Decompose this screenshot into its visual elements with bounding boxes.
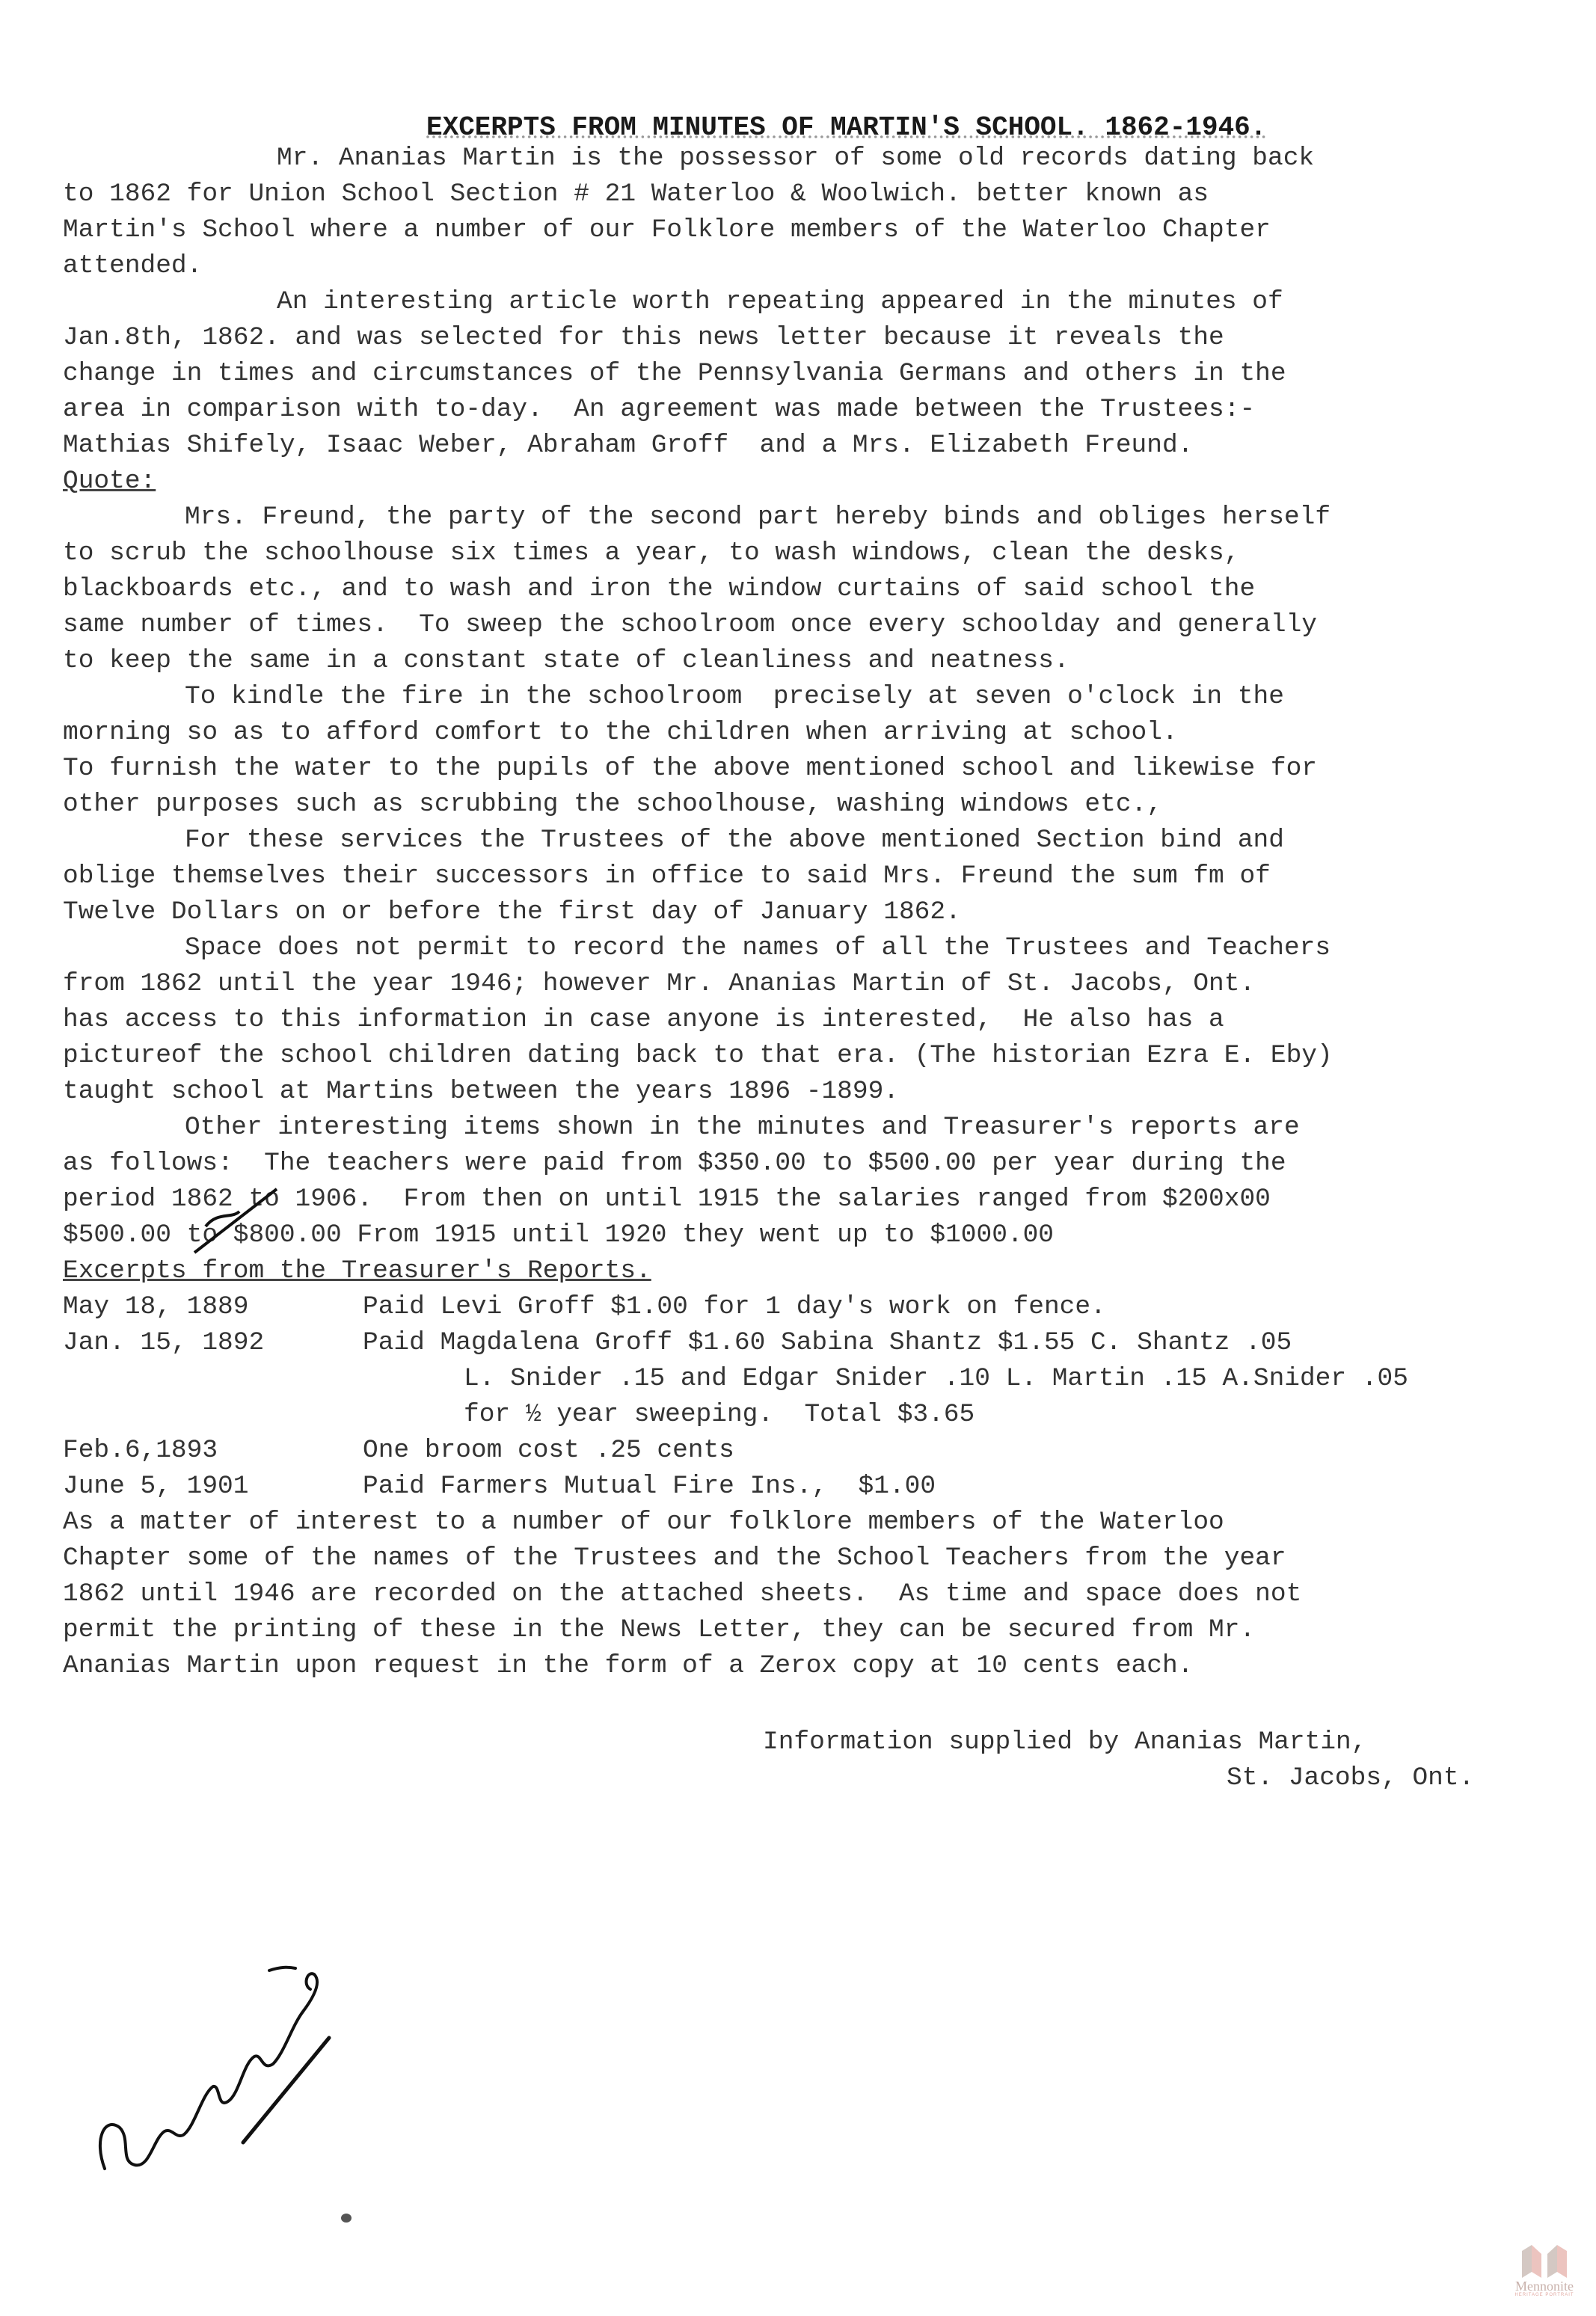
intro-line: attended.	[63, 248, 202, 284]
ledger-entry: L. Snider .15 and Edgar Snider .10 L. Ma…	[464, 1361, 1408, 1397]
ledger-date: Jan. 15, 1892	[63, 1325, 264, 1361]
ledger-date: May 18, 1889	[63, 1289, 248, 1325]
attribution-line: Information supplied by Ananias Martin,	[763, 1724, 1366, 1760]
quote-line: same number of times. To sweep the schoo…	[63, 607, 1317, 643]
article-line: area in comparison with to-day. An agree…	[63, 392, 1255, 428]
intro-line: to 1862 for Union School Section # 21 Wa…	[63, 176, 1209, 212]
quote-line: Mrs. Freund, the party of the second par…	[185, 500, 1330, 535]
quote-line: blackboards etc., and to wash and iron t…	[63, 571, 1255, 607]
document-page: EXCERPTS FROM MINUTES OF MARTIN'S SCHOOL…	[0, 0, 1596, 2316]
watermark-name: Mennonite	[1503, 2279, 1586, 2293]
ledger-entry: Paid Farmers Mutual Fire Ins., $1.00	[363, 1469, 936, 1505]
quote-line: To furnish the water to the pupils of th…	[63, 751, 1317, 787]
closing-line: As a matter of interest to a number of o…	[63, 1505, 1224, 1541]
quote-line: to scrub the schoolhouse six times a yea…	[63, 535, 1239, 571]
ink-smudge	[341, 2214, 352, 2223]
salary-line: as follows: The teachers were paid from …	[63, 1146, 1286, 1182]
handwritten-correction-mark	[187, 1182, 299, 1264]
quote-label: Quote:	[63, 464, 156, 500]
space-line: taught school at Martins between the yea…	[63, 1074, 899, 1110]
quote-line: morning so as to afford comfort to the c…	[63, 715, 1178, 751]
space-line: Space does not permit to record the name…	[185, 930, 1330, 966]
closing-line: Ananias Martin upon request in the form …	[63, 1648, 1193, 1684]
closing-line: permit the printing of these in the News…	[63, 1612, 1255, 1648]
space-line: from 1862 until the year 1946; however M…	[63, 966, 1255, 1002]
quote-line: oblige themselves their successors in of…	[63, 858, 1271, 894]
mennonite-logo-icon	[1518, 2243, 1571, 2279]
quote-line: to keep the same in a constant state of …	[63, 643, 1069, 679]
ledger-date: Feb.6,1893	[63, 1433, 218, 1469]
handwritten-archives-note: archives	[90, 1914, 344, 2184]
ledger-entry: Paid Magdalena Groff $1.60 Sabina Shantz…	[363, 1325, 1292, 1361]
ledger-entry: for ½ year sweeping. Total $3.65	[464, 1397, 975, 1433]
treasurer-heading: Excerpts from the Treasurer's Reports.	[63, 1253, 651, 1289]
closing-line: 1862 until 1946 are recorded on the atta…	[63, 1576, 1301, 1612]
article-line: change in times and circumstances of the…	[63, 356, 1286, 392]
quote-line: Twelve Dollars on or before the first da…	[63, 894, 961, 930]
heritage-watermark: Mennonite HERITAGE PORTRAIT	[1503, 2243, 1586, 2297]
intro-line: Martin's School where a number of our Fo…	[63, 212, 1271, 248]
watermark-subtitle: HERITAGE PORTRAIT	[1503, 2293, 1586, 2297]
quote-line: For these services the Trustees of the a…	[185, 823, 1284, 858]
attribution-location: St. Jacobs, Ont.	[1227, 1760, 1474, 1796]
salary-line: Other interesting items shown in the min…	[185, 1110, 1300, 1146]
quote-line: To kindle the fire in the schoolroom pre…	[185, 679, 1284, 715]
article-line: Jan.8th, 1862. and was selected for this…	[63, 320, 1224, 356]
space-line: has access to this information in case a…	[63, 1002, 1224, 1038]
ledger-date: June 5, 1901	[63, 1469, 248, 1505]
intro-line: Mr. Ananias Martin is the possessor of s…	[277, 141, 1314, 176]
article-line: Mathias Shifely, Isaac Weber, Abraham Gr…	[63, 428, 1193, 464]
space-line: pictureof the school children dating bac…	[63, 1038, 1333, 1074]
ledger-entry: One broom cost .25 cents	[363, 1433, 734, 1469]
article-line: An interesting article worth repeating a…	[277, 284, 1283, 320]
quote-line: other purposes such as scrubbing the sch…	[63, 787, 1162, 823]
ledger-entry: Paid Levi Groff $1.00 for 1 day's work o…	[363, 1289, 1106, 1325]
closing-line: Chapter some of the names of the Trustee…	[63, 1541, 1286, 1576]
document-title: EXCERPTS FROM MINUTES OF MARTIN'S SCHOOL…	[426, 112, 1266, 143]
